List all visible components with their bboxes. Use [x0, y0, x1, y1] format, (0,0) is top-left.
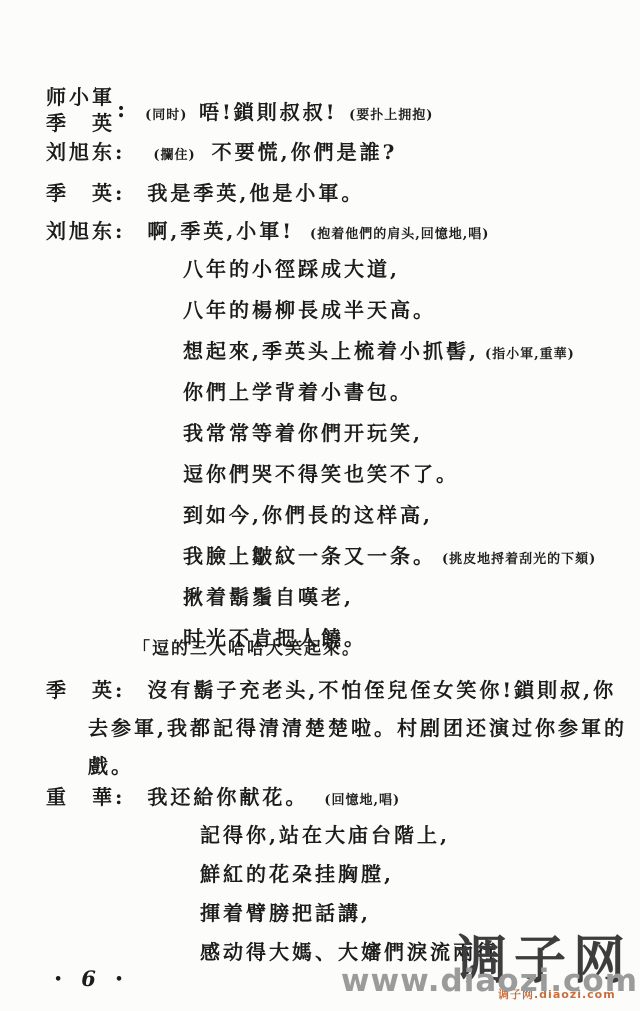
stage-direction: (抱着他們的肩头,回憶地,唱)	[310, 227, 489, 242]
dialogue-text: 我还給你献花。	[147, 785, 308, 809]
shared-colon: :	[117, 97, 125, 123]
dialogue-text-continued: 戲。	[88, 747, 627, 785]
verse-text: 八年的小徑踩成大道,	[183, 257, 400, 281]
speaker-name: 重 華:	[46, 784, 125, 810]
dialogue-text-continued: 去参軍,我都記得清清楚楚啦。村剧团还演过你参軍的	[88, 709, 627, 747]
speaker-name: 刘旭东:	[46, 139, 125, 165]
verse-text: 到如今,你們長的这样高,	[183, 503, 433, 527]
dialogue-line: 刘旭东: 啊,季英,小軍! (抱着他們的肩头,回憶地,唱)	[46, 218, 495, 248]
footer-number: 6	[81, 966, 102, 991]
dialogue-line: 季 英: 沒有鬍子充老头,不怕侄兒侄女笑你!鎖則叔,你	[46, 671, 627, 709]
watermark-url: www.diaozi.com	[341, 963, 638, 999]
verse-text: 想起來,季英头上梳着小抓髻,	[183, 339, 479, 363]
scanned-script-page: 师小軍 季 英 : (同时) 唔!鎖則叔叔! (要扑上拥抱) 刘旭东: (攔住)…	[0, 0, 640, 1011]
speaker-name: 季 英	[46, 110, 115, 136]
dialogue-text: 啊,季英,小軍!	[147, 219, 294, 243]
speaker-names-stacked: 师小軍 季 英	[46, 84, 115, 136]
verse-line: 我常常等着你們开玩笑,	[183, 420, 602, 450]
verse-line: 八年的小徑踩成大道,	[183, 256, 602, 286]
speaker-name: 季 英:	[46, 180, 125, 206]
verse-line: 想起來,季英头上梳着小抓髻,(指小軍,重華)	[183, 338, 602, 368]
sung-verse: 八年的小徑踩成大道, 八年的楊柳長成半天高。 想起來,季英头上梳着小抓髻,(指小…	[183, 256, 602, 666]
stage-direction: (同时)	[145, 108, 187, 123]
stage-direction: (指小軍,重華)	[485, 347, 575, 362]
verse-line: 八年的楊柳長成半天高。	[183, 297, 602, 327]
verse-text: 揪着鬍鬚自嘆老,	[183, 585, 354, 609]
page-number: • 6 •	[54, 966, 129, 991]
verse-line: 你們上学背着小書包。	[183, 379, 602, 409]
verse-text: 八年的楊柳長成半天高。	[183, 298, 436, 322]
stage-direction: (回憶地,唱)	[324, 793, 400, 808]
verse-text: 你們上学背着小書包。	[183, 380, 413, 404]
speaker-name: 刘旭东:	[46, 218, 125, 244]
verse-line: 到如今,你們長的这样高,	[183, 502, 602, 532]
dialogue-block: 季 英: 沒有鬍子充老头,不怕侄兒侄女笑你!鎖則叔,你 去参軍,我都記得清清楚楚…	[46, 671, 627, 785]
verse-line: 逗你們哭不得笑也笑不了。	[183, 461, 602, 491]
verse-text: 我臉上皺紋一条又一条。	[183, 544, 436, 568]
verse-line: 揪着鬍鬚自嘆老,	[183, 584, 602, 614]
narration-line: 「逗的三人哈哈大笑起來。	[133, 634, 361, 659]
dialogue-line: 刘旭东: (攔住) 不要慌,你們是誰?	[46, 139, 397, 169]
verse-line: 記得你,站在大庙台階上,	[200, 822, 499, 848]
dialogue-simultaneous: 师小軍 季 英 : (同时) 唔!鎖則叔叔! (要扑上拥抱)	[46, 84, 439, 136]
footer-bullet: •	[54, 972, 68, 987]
dialogue-line: 季 英: 我是季英,他是小軍。	[46, 180, 364, 206]
speaker-name: 季 英:	[46, 671, 125, 709]
verse-line: 我臉上皺紋一条又一条。(挑皮地捋着刮光的下頦)	[183, 543, 602, 573]
stage-direction: (要扑上拥抱)	[349, 108, 433, 123]
dialogue-text: 不要慌,你們是誰?	[212, 140, 398, 164]
verse-text: 我常常等着你們开玩笑,	[183, 421, 423, 445]
verse-line: 鮮紅的花朶挂胸膛,	[200, 861, 499, 887]
stage-direction: (攔住)	[153, 148, 195, 163]
dialogue-line: (同时) 唔!鎖則叔叔! (要扑上拥抱)	[139, 96, 439, 125]
footer-bullet: •	[115, 972, 129, 987]
verse-text: 逗你們哭不得笑也笑不了。	[183, 462, 459, 486]
dialogue-text: 唔!鎖則叔叔!	[199, 100, 338, 124]
dialogue-text: 我是季英,他是小軍。	[147, 181, 364, 205]
dialogue-text: 沒有鬍子充老头,不怕侄兒侄女笑你!鎖則叔,你	[147, 678, 616, 702]
speaker-name: 师小軍	[46, 84, 115, 110]
stage-direction: (挑皮地捋着刮光的下頦)	[442, 552, 596, 567]
dialogue-line: 重 華: 我还給你献花。 (回憶地,唱)	[46, 784, 406, 814]
